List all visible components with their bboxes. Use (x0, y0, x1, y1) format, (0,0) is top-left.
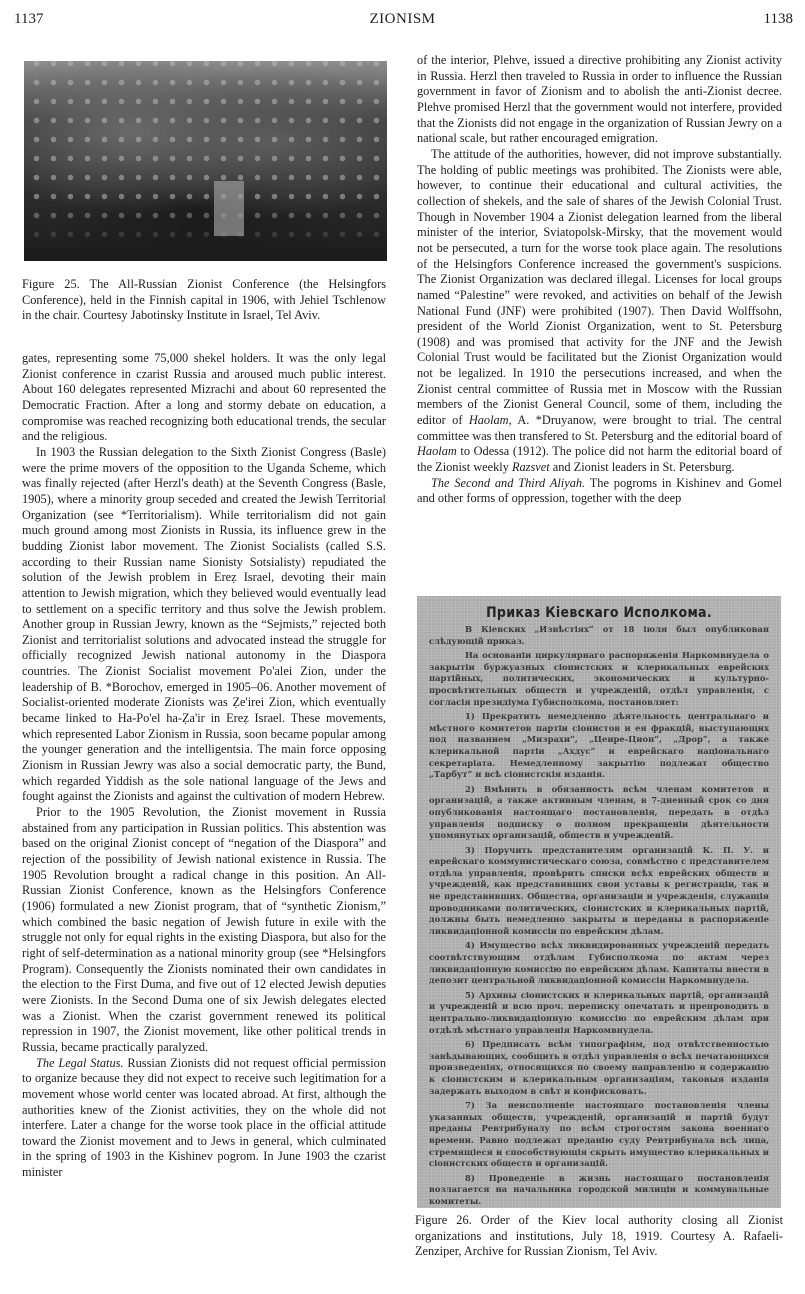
document-title: Приказ Кіевскаго Исполкома. (417, 605, 781, 621)
page-number-right: 1138 (764, 11, 793, 28)
document-body: В Кіевских „Извѣстіях“ от 18 іюля был оп… (417, 621, 781, 1208)
publication-name: Haolam (469, 413, 509, 427)
publication-name: Razsvet (512, 460, 550, 474)
section-heading-legal-status: The Legal Status. (36, 1056, 124, 1070)
paragraph: gates, representing some 75,000 shekel h… (22, 351, 386, 445)
figure-25-caption: Figure 25. The All-Russian Zionist Confe… (22, 277, 386, 324)
document-paragraph: 1) Прекратить немедленно дѣятельность це… (429, 711, 769, 781)
document-paragraph: 2) Вмѣнить в обязанность всѣм членам ком… (429, 784, 769, 842)
document-paragraph: В Кіевских „Извѣстіях“ от 18 іюля был оп… (429, 624, 769, 647)
running-head: 1137 ZIONISM 1138 (0, 8, 805, 32)
document-paragraph: 5) Архивы сіонистских и клерикальных пар… (429, 990, 769, 1036)
running-title: ZIONISM (0, 11, 805, 28)
paragraph: In 1903 the Russian delegation to the Si… (22, 445, 386, 805)
left-column: gates, representing some 75,000 shekel h… (22, 351, 386, 1181)
paragraph: Prior to the 1905 Revolution, the Zionis… (22, 805, 386, 1056)
document-paragraph: 7) За неисполненіе настоящаго постановле… (429, 1100, 769, 1170)
figure-26-document: Приказ Кіевскаго Исполкома. В Кіевских „… (417, 596, 781, 1208)
document-paragraph: 4) Имущество всѣх ликвидированных учрежд… (429, 940, 769, 986)
figure-26-caption: Figure 26. Order of the Kiev local autho… (415, 1213, 783, 1260)
document-paragraph: На основаніи циркулярнаго распоряженія Н… (429, 650, 769, 708)
document-paragraph: 3) Поручить представителям организацій К… (429, 845, 769, 938)
section-heading-aliyah: The Second and Third Aliyah. (431, 476, 585, 490)
paragraph-aliyah: The Second and Third Aliyah. The pogroms… (417, 476, 782, 507)
publication-name: Haolam (417, 444, 457, 458)
right-column: of the interior, Plehve, issued a direct… (417, 53, 782, 507)
paragraph: The attitude of the authorities, however… (417, 147, 782, 476)
photo-lectern (214, 181, 244, 236)
paragraph-legal-status: The Legal Status. Russian Zionists did n… (22, 1056, 386, 1181)
photo-crowd-texture (24, 61, 387, 261)
paragraph: of the interior, Plehve, issued a direct… (417, 53, 782, 147)
document-paragraph: 8) Проведеніе в жизнь настоящаго постано… (429, 1173, 769, 1208)
figure-25-photo (24, 61, 387, 261)
document-paragraph: 6) Предписать всѣм типографіям, под отвѣ… (429, 1039, 769, 1097)
